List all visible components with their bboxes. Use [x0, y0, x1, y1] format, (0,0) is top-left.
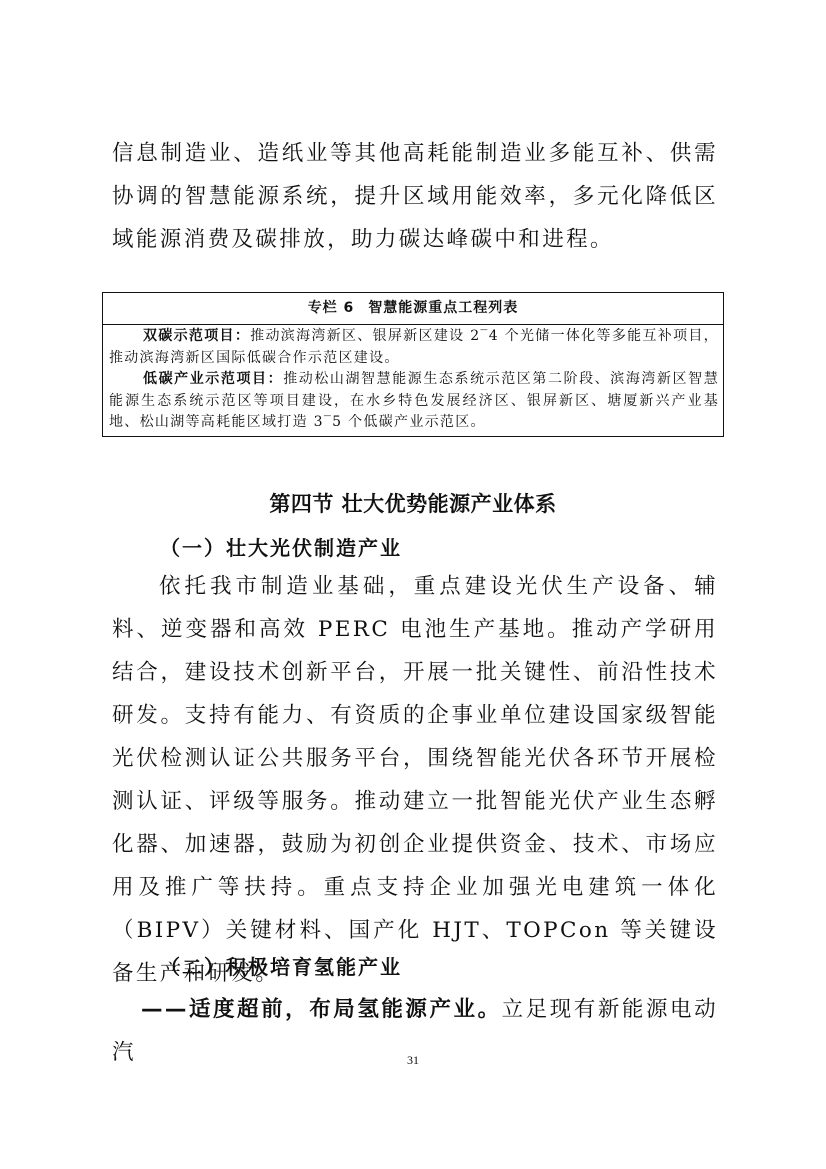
subsection-title-1: （一）壮大光伏制造产业: [160, 532, 402, 561]
page-number: 31: [0, 1053, 826, 1068]
intro-paragraph: 信息制造业、造纸业等其他高耗能制造业多能互补、供需协调的智慧能源系统，提升区域用…: [112, 132, 718, 261]
column-box-title: 智慧能源重点工程列表: [368, 300, 518, 316]
column-box-item-lead: 低碳产业示范项目：: [143, 371, 283, 387]
column-box-body: 双碳示范项目：推动滨海湾新区、银屏新区建设 2‾4 个光储一体化等多能互补项目，…: [103, 325, 723, 436]
column-box-number: 专栏 6: [308, 300, 355, 316]
document-page: 信息制造业、造纸业等其他高耗能制造业多能互补、供需协调的智慧能源系统，提升区域用…: [0, 0, 826, 1169]
column-box: 专栏 6智慧能源重点工程列表 双碳示范项目：推动滨海湾新区、银屏新区建设 2‾4…: [102, 292, 724, 437]
column-box-item: 双碳示范项目：推动滨海湾新区、银屏新区建设 2‾4 个光储一体化等多能互补项目，…: [109, 326, 719, 369]
column-box-item: 低碳产业示范项目：推动松山湖智慧能源生态系统示范区第二阶段、滨海湾新区智慧能源生…: [109, 369, 719, 434]
subsection-body-2-lead: ——适度超前，布局氢能源产业。: [141, 997, 502, 1022]
subsection-body-1: 依托我市制造业基础，重点建设光伏生产设备、辅料、逆变器和高效 PERC 电池生产…: [112, 565, 718, 995]
subsection-title-2: （二）积极培育氢能产业: [160, 951, 402, 980]
column-box-item-lead: 双碳示范项目：: [143, 328, 250, 344]
section-title: 第四节 壮大优势能源产业体系: [0, 488, 826, 518]
column-box-header: 专栏 6智慧能源重点工程列表: [103, 293, 723, 325]
